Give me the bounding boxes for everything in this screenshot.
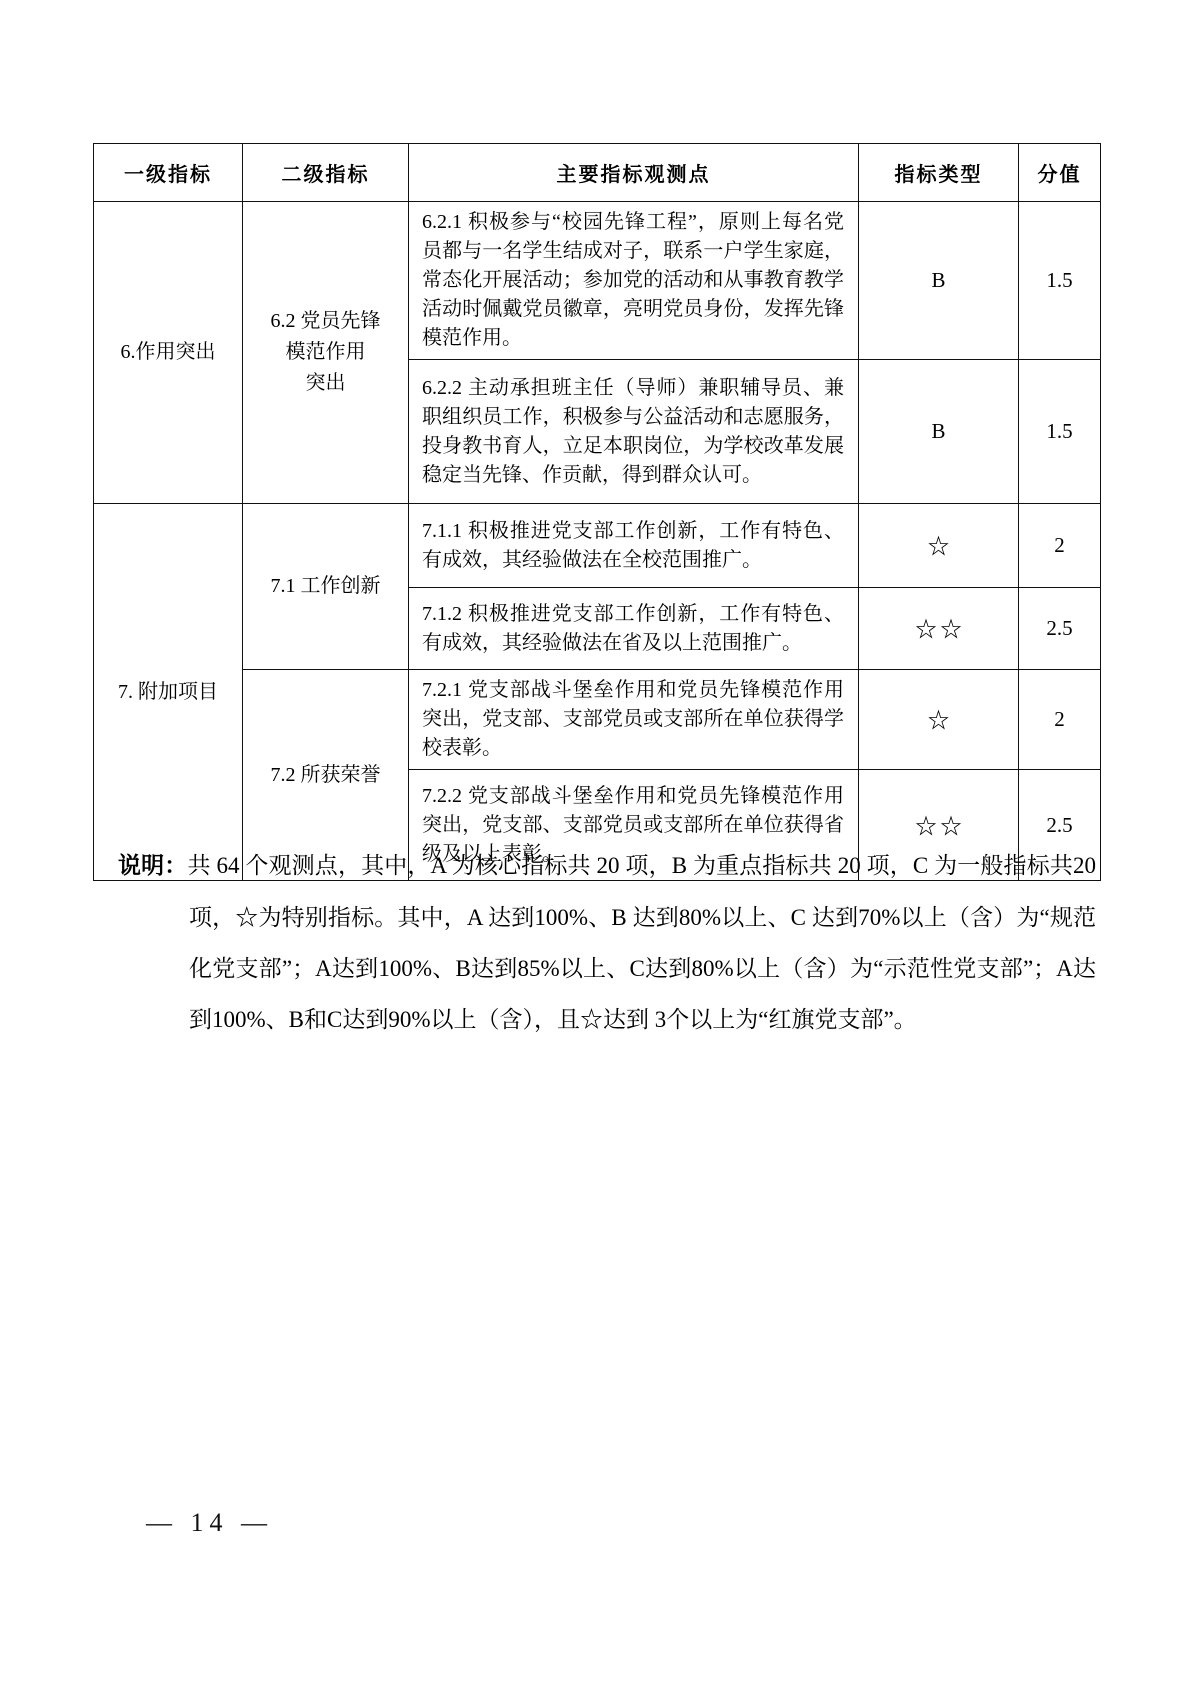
table-header-row: 一级指标 二级指标 主要指标观测点 指标类型 分值 bbox=[94, 144, 1101, 202]
observation-cell-7-1-1: 7.1.1 积极推进党支部工作创新，工作有特色、有成效，其经验做法在全校范围推广… bbox=[409, 504, 859, 588]
indicator-type-cell-6-2-1: B bbox=[859, 202, 1019, 360]
observation-cell-6-2-2: 6.2.2 主动承担班主任（导师）兼职辅导员、兼职组织员工作，积极参与公益活动和… bbox=[409, 360, 859, 504]
table-row-7-2-1: 7.2 所获荣誉 7.2.1 党支部战斗堡垒作用和党员先锋模范作用突出，党支部、… bbox=[94, 670, 1101, 770]
score-cell-6-2-1: 1.5 bbox=[1019, 202, 1101, 360]
note-text: 共 64 个观测点，其中，A 为核心指标共 20 项，B 为重点指标共 20 项… bbox=[187, 853, 1096, 1032]
score-cell-6-2-2: 1.5 bbox=[1019, 360, 1101, 504]
note: 说明：共 64 个观测点，其中，A 为核心指标共 20 项，B 为重点指标共 2… bbox=[118, 840, 1096, 1045]
observation-cell-7-1-2: 7.1.2 积极推进党支部工作创新，工作有特色、有成效，其经验做法在省及以上范围… bbox=[409, 588, 859, 670]
column-header-indicator-type: 指标类型 bbox=[859, 144, 1019, 202]
indicator-type-cell-7-2-1: ☆ bbox=[859, 670, 1019, 770]
note-label: 说明： bbox=[118, 853, 187, 879]
score-cell-7-1-1: 2 bbox=[1019, 504, 1101, 588]
column-header-observation-points: 主要指标观测点 bbox=[409, 144, 859, 202]
document-page: 一级指标 二级指标 主要指标观测点 指标类型 分值 6.作用突出 6.2 党员先… bbox=[0, 0, 1191, 1684]
score-cell-7-1-2: 2.5 bbox=[1019, 588, 1101, 670]
indicator-type-cell-6-2-2: B bbox=[859, 360, 1019, 504]
indicator-table: 一级指标 二级指标 主要指标观测点 指标类型 分值 6.作用突出 6.2 党员先… bbox=[93, 143, 1101, 881]
column-header-score: 分值 bbox=[1019, 144, 1101, 202]
column-header-level1-indicator: 一级指标 bbox=[94, 144, 243, 202]
level1-cell-section-7: 7. 附加项目 bbox=[94, 504, 243, 881]
column-header-level2-indicator: 二级指标 bbox=[243, 144, 409, 202]
indicator-type-cell-7-1-2: ☆☆ bbox=[859, 588, 1019, 670]
page-number: — 14 — bbox=[146, 1508, 273, 1538]
observation-cell-7-2-1: 7.2.1 党支部战斗堡垒作用和党员先锋模范作用突出，党支部、支部党员或支部所在… bbox=[409, 670, 859, 770]
level1-cell-section-6: 6.作用突出 bbox=[94, 202, 243, 504]
observation-cell-6-2-1: 6.2.1 积极参与“校园先锋工程”，原则上每名党员都与一名学生结成对子，联系一… bbox=[409, 202, 859, 360]
score-cell-7-2-1: 2 bbox=[1019, 670, 1101, 770]
table-row-6-2-1: 6.作用突出 6.2 党员先锋 模范作用 突出 6.2.1 积极参与“校园先锋工… bbox=[94, 202, 1101, 360]
indicator-type-cell-7-1-1: ☆ bbox=[859, 504, 1019, 588]
level2-cell-6-2: 6.2 党员先锋 模范作用 突出 bbox=[243, 202, 409, 504]
table-row-7-1-1: 7. 附加项目 7.1 工作创新 7.1.1 积极推进党支部工作创新，工作有特色… bbox=[94, 504, 1101, 588]
level2-cell-7-1: 7.1 工作创新 bbox=[243, 504, 409, 670]
